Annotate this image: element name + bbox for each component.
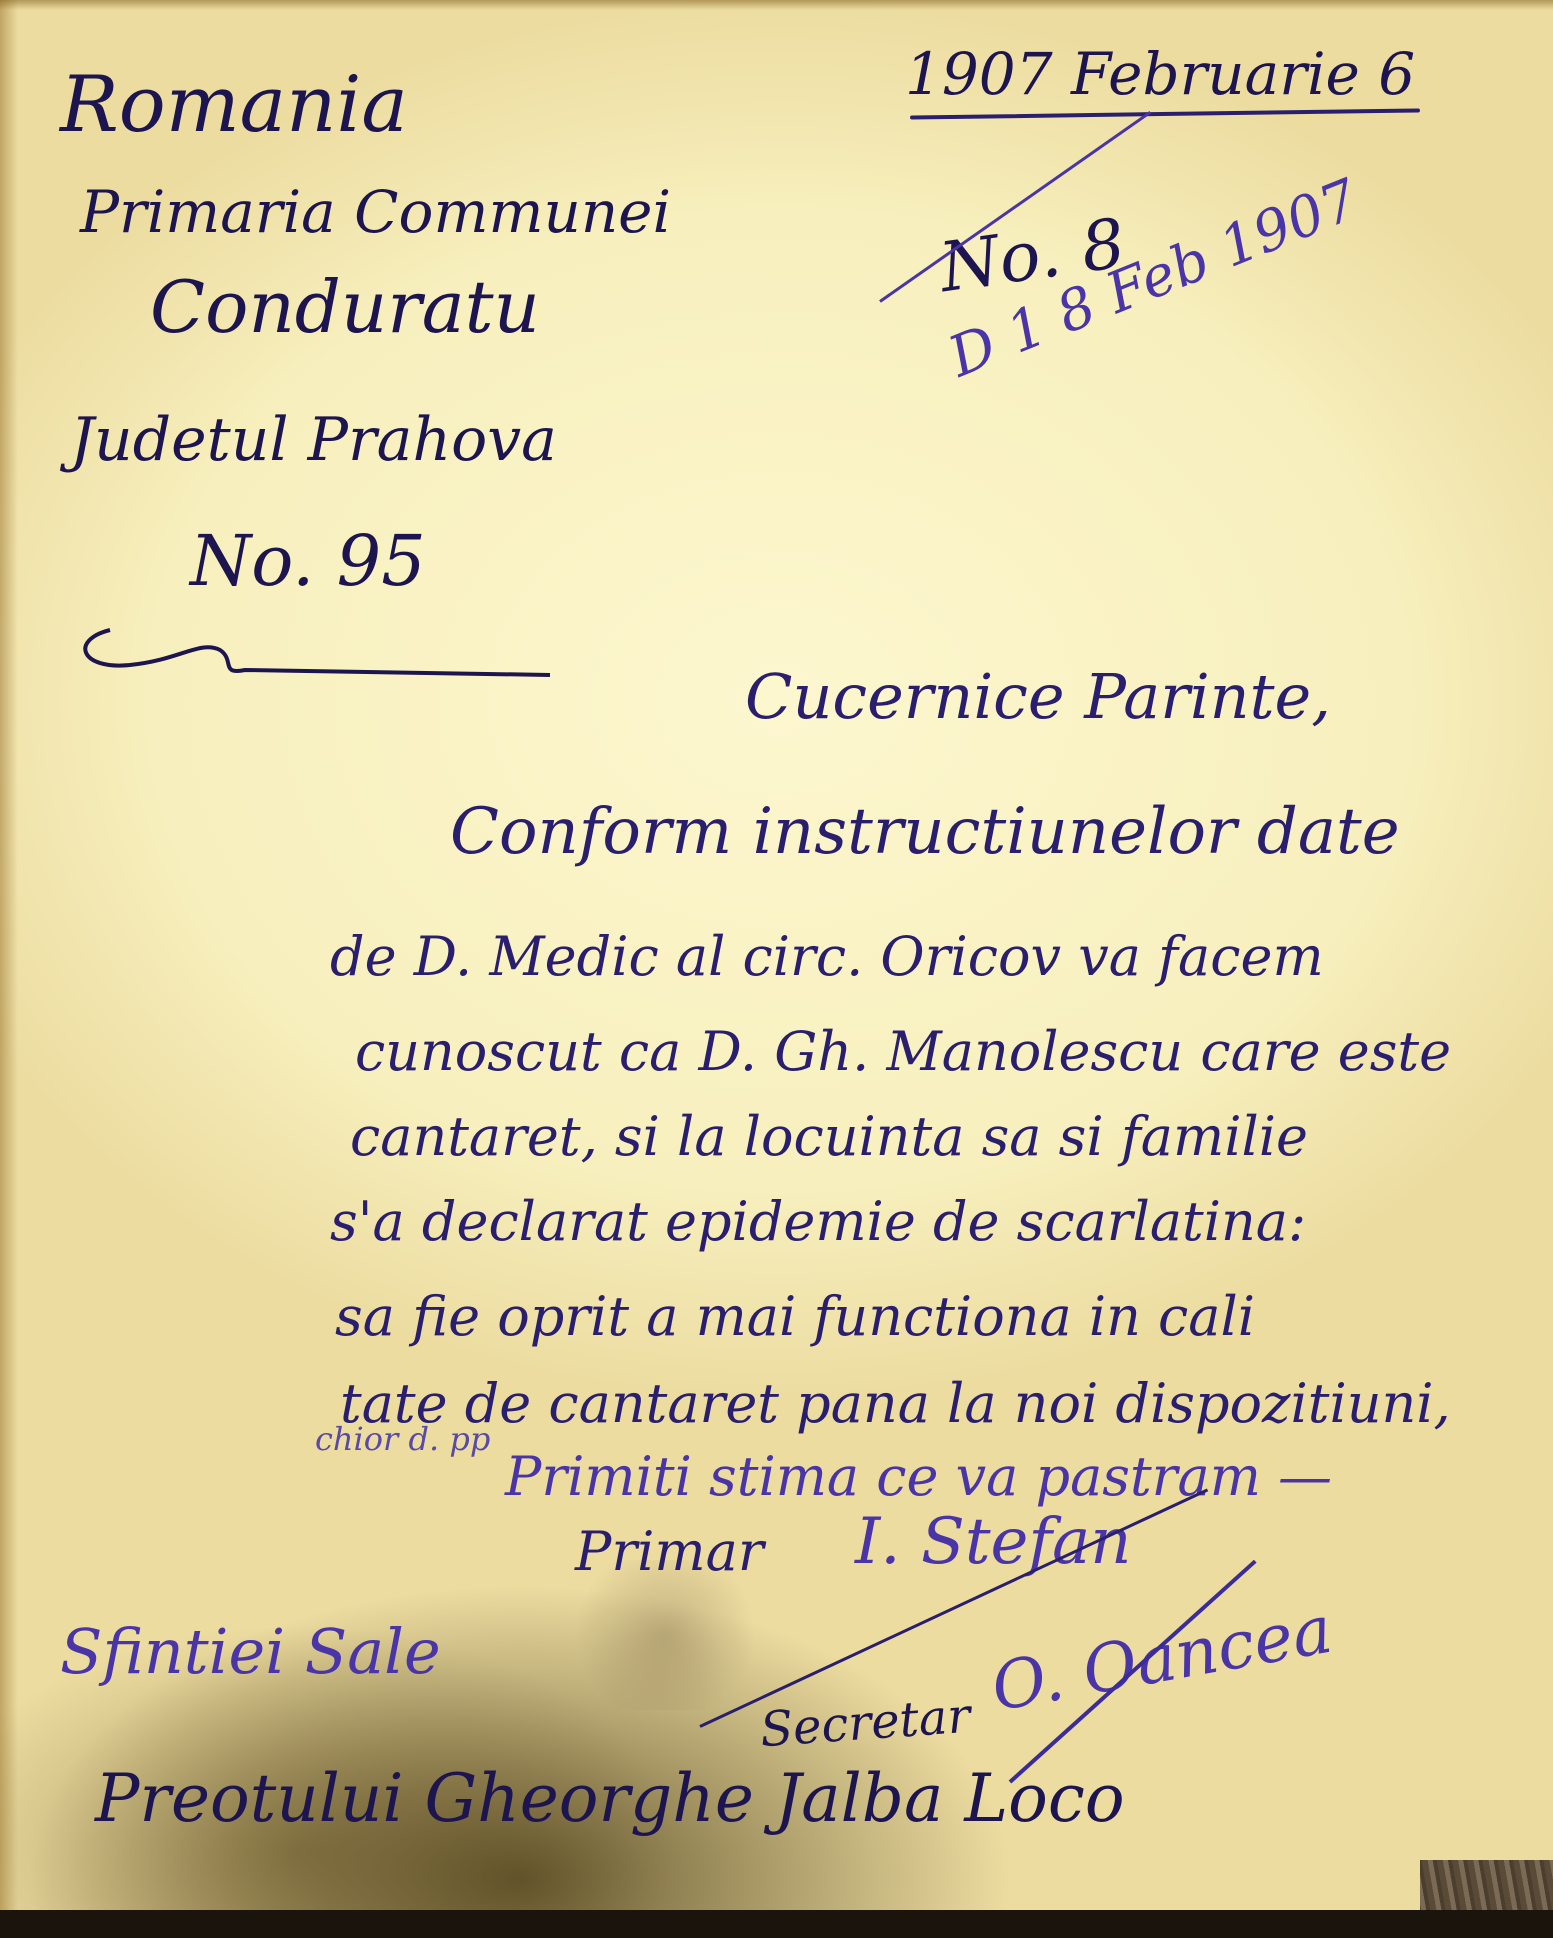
date-underline (910, 108, 1420, 119)
letterhead-institution: Primaria Communei (80, 178, 671, 246)
addressee-line-2: Preotului Gheorghe Jalba Loco (95, 1760, 1125, 1837)
flourish-underline-decoration (70, 610, 560, 680)
secretary-signature: O. Oancea (986, 1591, 1338, 1726)
letterhead-country: Romania (60, 60, 408, 150)
body-line-4: cantaret, si la locuinta sa si familie (350, 1105, 1308, 1168)
body-line-2: de D. Medic al circ. Oricov va facem (330, 925, 1324, 988)
body-line-1: Conform instructiunelor date (450, 795, 1400, 869)
letterhead-commune: Conduratu (150, 265, 540, 349)
letter-paper: Romania Primaria Communei Conduratu Jude… (0, 0, 1553, 1938)
body-line-6: sa fie oprit a mai functiona in cali (335, 1285, 1255, 1348)
letterhead-number: No. 95 (190, 520, 426, 602)
secretary-label: Secretar (758, 1688, 972, 1759)
letterhead-county: Judetul Prahova (70, 405, 557, 475)
letter-date: 1907 Februarie 6 (905, 40, 1415, 108)
body-line-7: tate de cantaret pana la noi dispozitiun… (340, 1372, 1451, 1435)
salutation: Cucernice Parinte, (745, 660, 1331, 733)
paper-edge-stain (0, 0, 18, 1938)
margin-note: chior d. pp (315, 1420, 490, 1458)
body-line-3: cunoscut ca D. Gh. Manolescu care este (355, 1020, 1451, 1083)
photo-bottom-shadow (0, 1910, 1553, 1938)
mayor-label: Primar (575, 1520, 764, 1583)
closing-line: Primiti stima ce va pastram — (505, 1445, 1332, 1508)
paper-top-edge (0, 0, 1553, 10)
body-line-5: s'a declarat epidemie de scarlatina: (330, 1190, 1306, 1253)
addressee-line-1: Sfintiei Sale (60, 1615, 441, 1688)
